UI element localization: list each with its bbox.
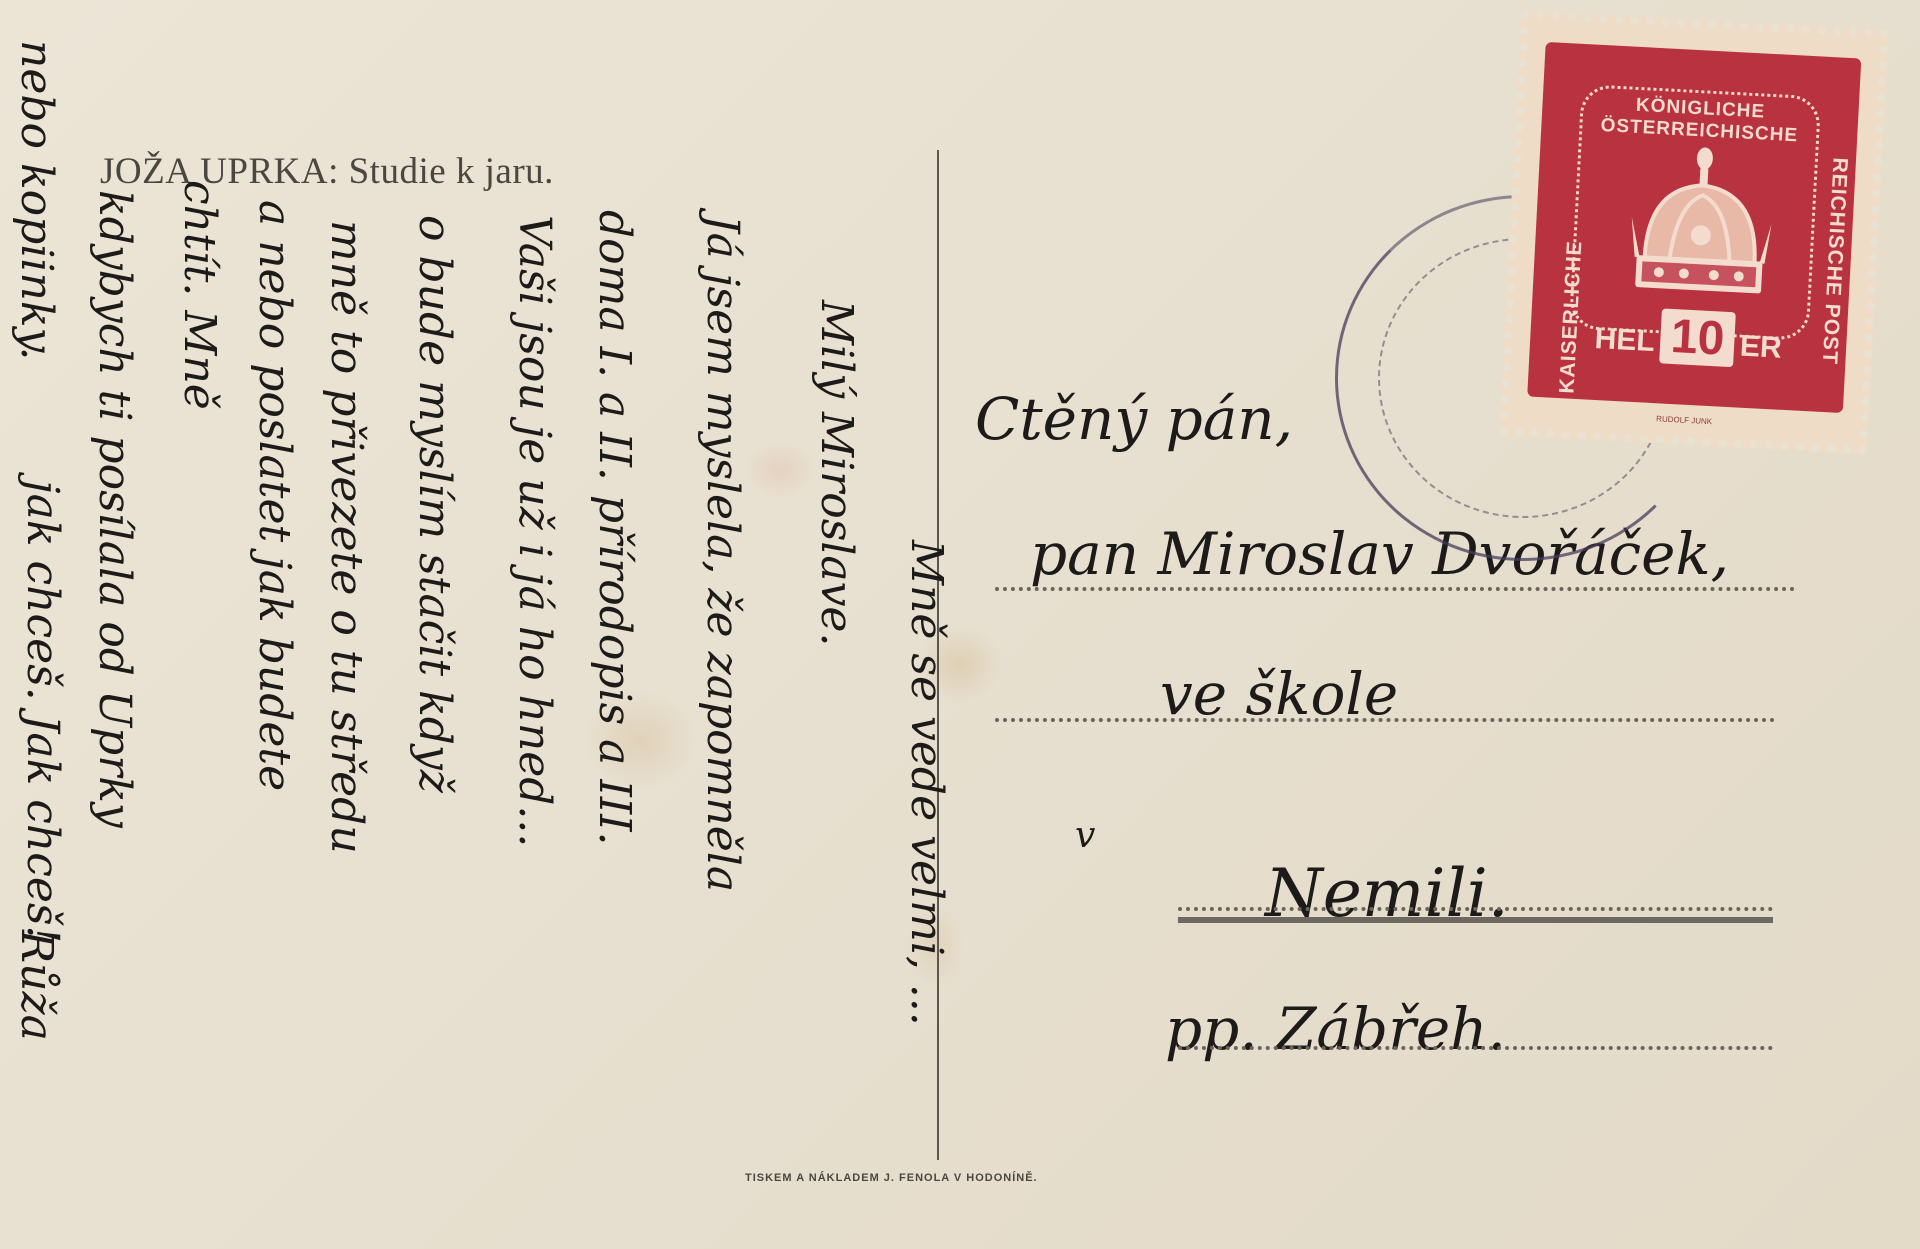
postage-stamp: KÖNIGLICHE ÖSTERREICHISCHE KAISERLICHE H… [1499,11,1889,455]
address-line-2 [995,718,1775,722]
message-line: nebo kopiinky. [11,40,62,360]
address-post: pp. Zábřeh. [1165,995,1506,1063]
message-line: Já jsem myslela, že zapomněla [697,215,748,892]
signature: Růža [11,930,62,1041]
printed-title: JOŽA UPRKA: Studie k jaru. [100,150,554,193]
printer-credit: TISKEM A NÁKLADEM J. FENOLA V HODONÍNĚ. [745,1172,1038,1184]
address-salutation: Ctěný pán, [975,385,1293,453]
stamp-currency-left: HEL [1594,322,1656,358]
stamp-currency-right: ER [1739,330,1782,365]
postcard-back: JOŽA UPRKA: Studie k jaru. TISKEM A NÁKL… [0,0,1920,1249]
address-line-4 [1178,1046,1773,1050]
message-line: a nebo poslatet jak budete [249,200,300,791]
message-line: doma I. a II. přírodopis a III. [589,210,640,846]
address-prefix: v [1075,815,1095,856]
message-line: mně to přivezete o tu středu [321,220,372,854]
message-line: Mně se vede velmi, ... [901,540,952,1026]
message-line: kdybych ti posílala od Uprky [89,190,140,828]
message-line: o bude myslím stačit když [409,215,460,793]
address-underline [1178,917,1773,923]
address-line-1 [995,587,1795,591]
message-line: Milý Miroslave. [811,300,862,646]
message-line: chtít. Mně [174,180,225,410]
crown-icon [1622,137,1781,315]
message-line: jak chceš. Jak chceš! [17,480,68,943]
stamp-design: KÖNIGLICHE ÖSTERREICHISCHE KAISERLICHE H… [1527,42,1861,413]
stamp-value-number: 10 [1660,308,1736,367]
message-line: Vaši jsou je už i já ho hned... [509,215,560,847]
address-line-3 [1178,907,1773,911]
